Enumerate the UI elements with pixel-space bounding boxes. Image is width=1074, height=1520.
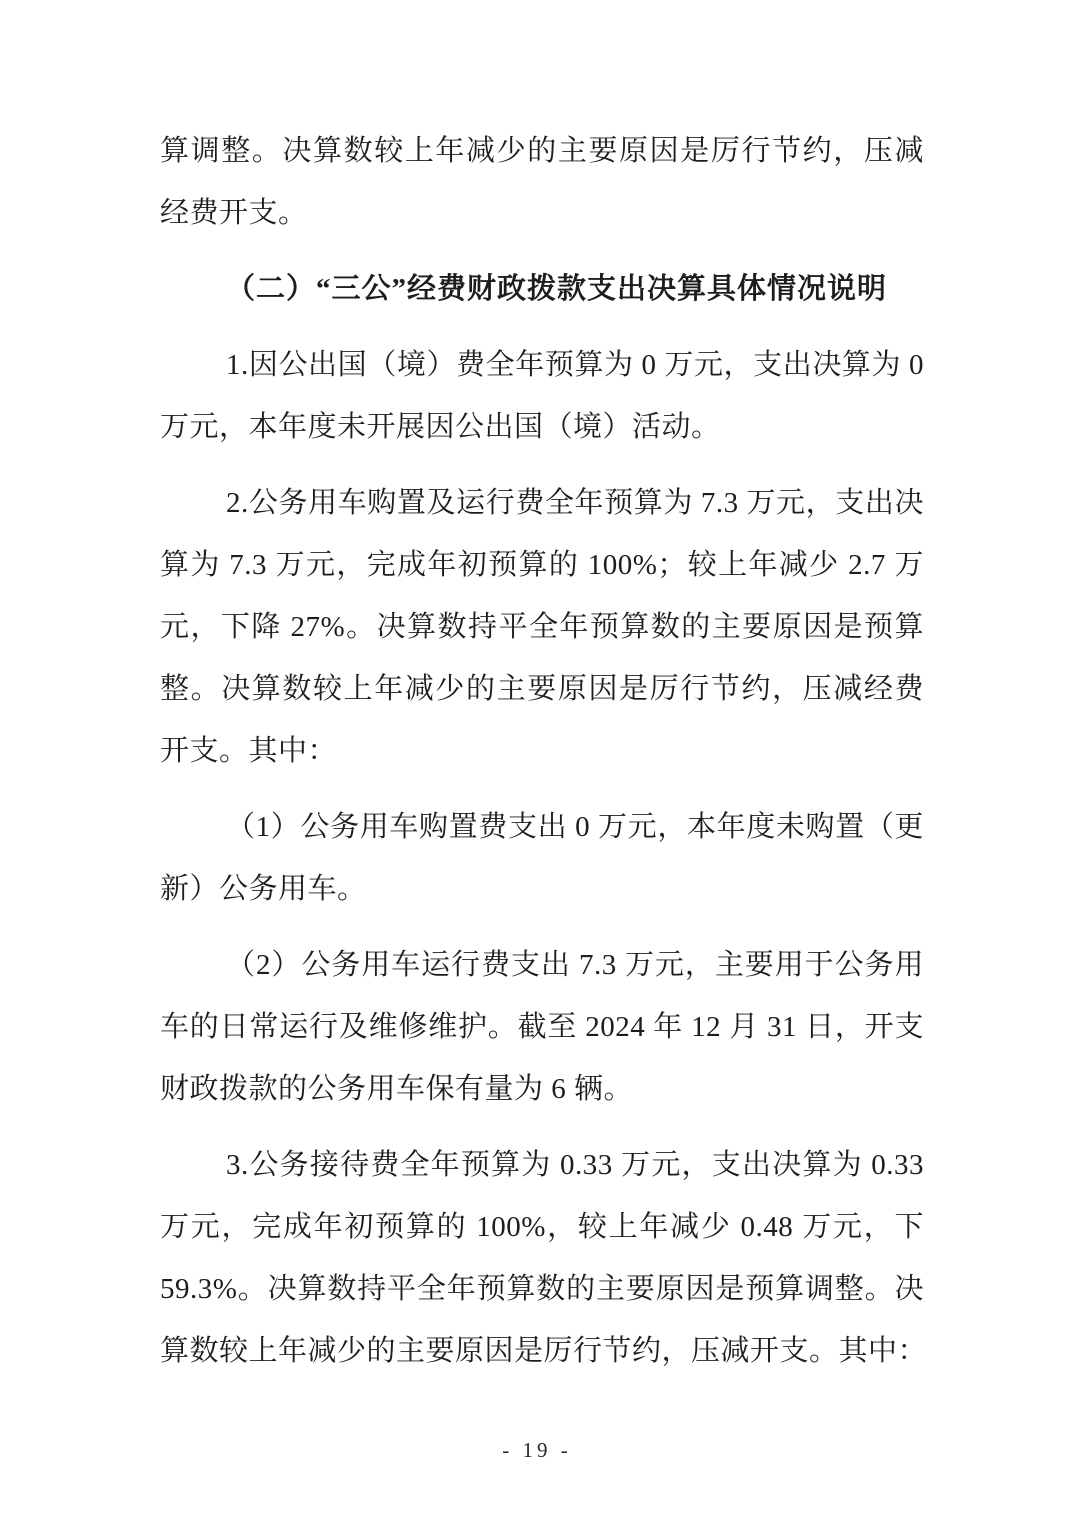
text-line: 1.因公出国（境）费全年预算为 0 万元，支出决算为 0	[160, 334, 924, 396]
text-line: 元，下降 27%。决算数持平全年预算数的主要原因是预算调	[160, 596, 924, 658]
text-line: 3.公务接待费全年预算为 0.33 万元，支出决算为 0.33	[160, 1134, 924, 1196]
text-line: （1）公务用车购置费支出 0 万元，本年度未购置（更	[160, 796, 924, 858]
text-line: 59.3%。决算数持平全年预算数的主要原因是预算调整。决	[160, 1258, 924, 1320]
text-line: 经费开支。	[160, 182, 924, 244]
text-line: 开支。其中：	[160, 720, 924, 782]
document-page: 算调整。决算数较上年减少的主要原因是厉行节约，压减经费开支。（二）“三公”经费财…	[0, 0, 1074, 1520]
body-paragraph: （2）公务用车运行费支出 7.3 万元，主要用于公务用车的日常运行及维修维护。截…	[160, 934, 924, 1120]
text-line: 2.公务用车购置及运行费全年预算为 7.3 万元，支出决	[160, 472, 924, 534]
text-line: 新）公务用车。	[160, 858, 924, 920]
text-line: 算数较上年减少的主要原因是厉行节约，压减开支。其中：	[160, 1320, 924, 1382]
body-paragraph: 3.公务接待费全年预算为 0.33 万元，支出决算为 0.33万元，完成年初预算…	[160, 1134, 924, 1382]
document-text-area: 算调整。决算数较上年减少的主要原因是厉行节约，压减经费开支。（二）“三公”经费财…	[160, 120, 924, 1382]
text-line: （2）公务用车运行费支出 7.3 万元，主要用于公务用	[160, 934, 924, 996]
text-line: 算调整。决算数较上年减少的主要原因是厉行节约，压减	[160, 120, 924, 182]
body-paragraph-carryover: 算调整。决算数较上年减少的主要原因是厉行节约，压减经费开支。	[160, 120, 924, 244]
text-line: 整。决算数较上年减少的主要原因是厉行节约，压减经费	[160, 658, 924, 720]
text-line: 算为 7.3 万元，完成年初预算的 100%；较上年减少 2.7 万	[160, 534, 924, 596]
text-line: 万元，完成年初预算的 100%，较上年减少 0.48 万元，下降	[160, 1196, 924, 1258]
body-paragraph: （1）公务用车购置费支出 0 万元，本年度未购置（更新）公务用车。	[160, 796, 924, 920]
section-heading-line: （二）“三公”经费财政拨款支出决算具体情况说明	[160, 258, 924, 320]
body-paragraph: 1.因公出国（境）费全年预算为 0 万元，支出决算为 0万元，本年度未开展因公出…	[160, 334, 924, 458]
section-heading: （二）“三公”经费财政拨款支出决算具体情况说明	[160, 258, 924, 320]
text-line: 财政拨款的公务用车保有量为 6 辆。	[160, 1058, 924, 1120]
text-line: 万元，本年度未开展因公出国（境）活动。	[160, 396, 924, 458]
text-line: 车的日常运行及维修维护。截至 2024 年 12 月 31 日，开支	[160, 996, 924, 1058]
page-number: - 19 -	[0, 1438, 1074, 1463]
body-paragraph: 2.公务用车购置及运行费全年预算为 7.3 万元，支出决算为 7.3 万元，完成…	[160, 472, 924, 782]
